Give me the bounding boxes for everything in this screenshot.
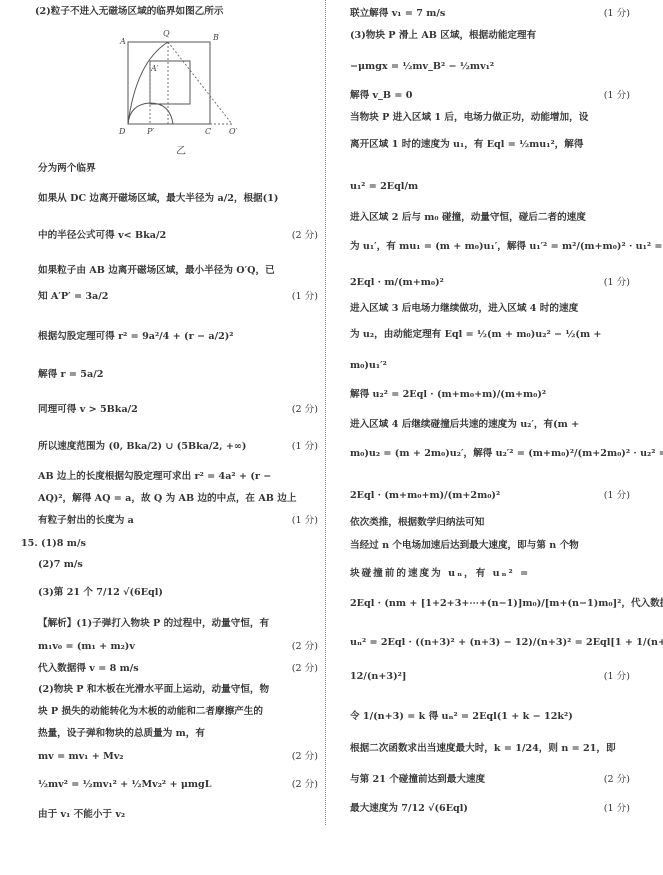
text-line: 令 1/(n+3) = k 得 uₙ² = 2Eql(1 + k − 12k²) <box>350 710 630 724</box>
svg-text:A: A <box>119 37 126 46</box>
text-line: (3)物块 P 滑上 AB 区域，根据动能定理有 <box>350 29 630 43</box>
text-line: 联立解得 v₁ = 7 m/s(1 分) <box>350 7 630 21</box>
text-line: mv = mv₁ + Mv₂(2 分) <box>38 750 318 764</box>
text-line: 分为两个临界 <box>38 162 318 176</box>
final-answer-line: 最大速度为 7/12 √(6Eql)(1 分) <box>350 802 630 816</box>
text-line: 离开区域 1 时的速度为 u₁，有 Eql = ½mu₁²，解得 <box>350 138 630 152</box>
text-line: 2Eql · (m+m₀+m)/(m+2m₀)²(1 分) <box>350 489 630 503</box>
svg-text:P′: P′ <box>146 127 154 136</box>
text-line: uₙ² = 2Eql · ((n+3)² + (n+3) − 12)/(n+3)… <box>350 636 630 650</box>
text-line: 有粒子射出的长度为 a(1 分) <box>38 514 318 528</box>
figure-yi-diagram: A Q B A′ D P′ C O′ <box>112 22 252 150</box>
text-line: AQ)²，解得 AQ = a，故 Q 为 AB 边的中点，在 AB 边上 <box>38 492 318 506</box>
svg-text:B: B <box>212 33 219 42</box>
text-line: (2)物块 P 和木板在光滑水平面上运动，动量守恒，物 <box>38 683 318 697</box>
text-line: 解得 r = 5a/2 <box>38 368 318 382</box>
text-line: 依次类推，根据数学归纳法可知 <box>350 516 630 530</box>
text-line: 进入区域 3 后电场力继续做功，进入区域 4 时的速度 <box>350 302 630 316</box>
text-line: 代入数据得 v = 8 m/s(2 分) <box>38 662 318 676</box>
text-line: 2Eql · m/(m+m₀)²(1 分) <box>350 276 630 290</box>
text-line: 知 A′P′ = 3a/2(1 分) <box>38 290 318 304</box>
text-line: 所以速度范围为 (0, Bka/2) ∪ (5Bka/2, +∞)(1 分) <box>38 440 318 454</box>
text-line: (2)粒子不进入无磁场区域的临界如图乙所示 <box>35 5 315 19</box>
text-line: 为 u₂，由动能定理有 Eql = ½(m + m₀)u₂² − ½(m + <box>350 328 630 342</box>
answer-15-2: (2)7 m/s <box>38 558 318 572</box>
text-line: 中的半径公式可得 v< Bka/2(2 分) <box>38 229 318 243</box>
text-line: 根据二次函数求出当速度最大时，k = 1/24，则 n = 21，即 <box>350 742 630 756</box>
text-line: 与第 21 个碰撞前达到最大速度(2 分) <box>350 773 630 787</box>
answer-15-3: (3)第 21 个 7/12 √(6Eql) <box>38 586 318 600</box>
analysis-heading: 【解析】(1)子弹打入物块 P 的过程中，动量守恒，有 <box>38 617 318 631</box>
text-line: 如果粒子由 AB 边离开磁场区域，最小半径为 O′Q，已 <box>38 264 318 278</box>
figure-caption: 乙 <box>176 142 186 157</box>
text-line: m₀)u₁′² <box>350 359 630 373</box>
text-line: 为 u₁′，有 mu₁ = (m + m₀)u₁′，解得 u₁′² = m²/(… <box>350 240 630 254</box>
text-line: 同理可得 v > 5Bka/2(2 分) <box>38 403 318 417</box>
svg-text:C: C <box>205 127 211 136</box>
text-line: 解得 u₂² = 2Eql · (m+m₀+m)/(m+m₀)² <box>350 388 630 402</box>
text-line: 如果从 DC 边离开磁场区域，最大半径为 a/2，根据(1) <box>38 192 318 206</box>
text-line: 12/(n+3)²](1 分) <box>350 670 630 684</box>
text-line: 进入区域 4 后继续碰撞后共速的速度为 u₂′，有(m + <box>350 418 630 432</box>
text-line: 根据勾股定理可得 r² = 9a²/4 + (r − a/2)² <box>38 330 318 344</box>
text-line: −μmgx = ½mv_B² − ½mv₁² <box>350 60 630 74</box>
text-line: u₁² = 2Eql/m <box>350 180 630 194</box>
text-line: m₁v₀ = (m₁ + m₂)v(2 分) <box>38 640 318 654</box>
text-line: 块 P 损失的动能转化为木板的动能和二者摩擦产生的 <box>38 705 318 719</box>
svg-text:D: D <box>118 127 126 136</box>
svg-text:O′: O′ <box>229 127 238 136</box>
svg-text:A′: A′ <box>150 64 159 73</box>
text-line: ½mv² = ½mv₁² + ½Mv₂² + μmgL(2 分) <box>38 778 318 792</box>
svg-text:Q: Q <box>163 29 170 38</box>
answer-15-1: 15. (1)8 m/s <box>21 537 301 551</box>
text-line: 热量，设子弹和物块的总质量为 m，有 <box>38 727 318 741</box>
text-line: 当经过 n 个电场加速后达到最大速度，即与第 n 个物 <box>350 539 630 553</box>
text-line: m₀)u₂ = (m + 2m₀)u₂′，解得 u₂′² = (m+m₀)²/(… <box>350 447 630 461</box>
text-line: 当物块 P 进入区域 1 后，电场力做正功，动能增加，设 <box>350 111 630 125</box>
text-line: 由于 v₁ 不能小于 v₂ <box>38 808 318 822</box>
text-line: 2Eql · (nm + [1+2+3+⋯+(n−1)]m₀)/[m+(n−1)… <box>350 597 630 611</box>
text-line: 块碰撞前的速度为 uₙ，有 uₙ² = <box>350 567 630 581</box>
text-line: 进入区域 2 后与 m₀ 碰撞，动量守恒，碰后二者的速度 <box>350 211 630 225</box>
text-line: 解得 v_B = 0(1 分) <box>350 89 630 103</box>
column-divider <box>325 0 326 825</box>
text-line: AB 边上的长度根据勾股定理可求出 r² = 4a² + (r − <box>38 470 318 484</box>
